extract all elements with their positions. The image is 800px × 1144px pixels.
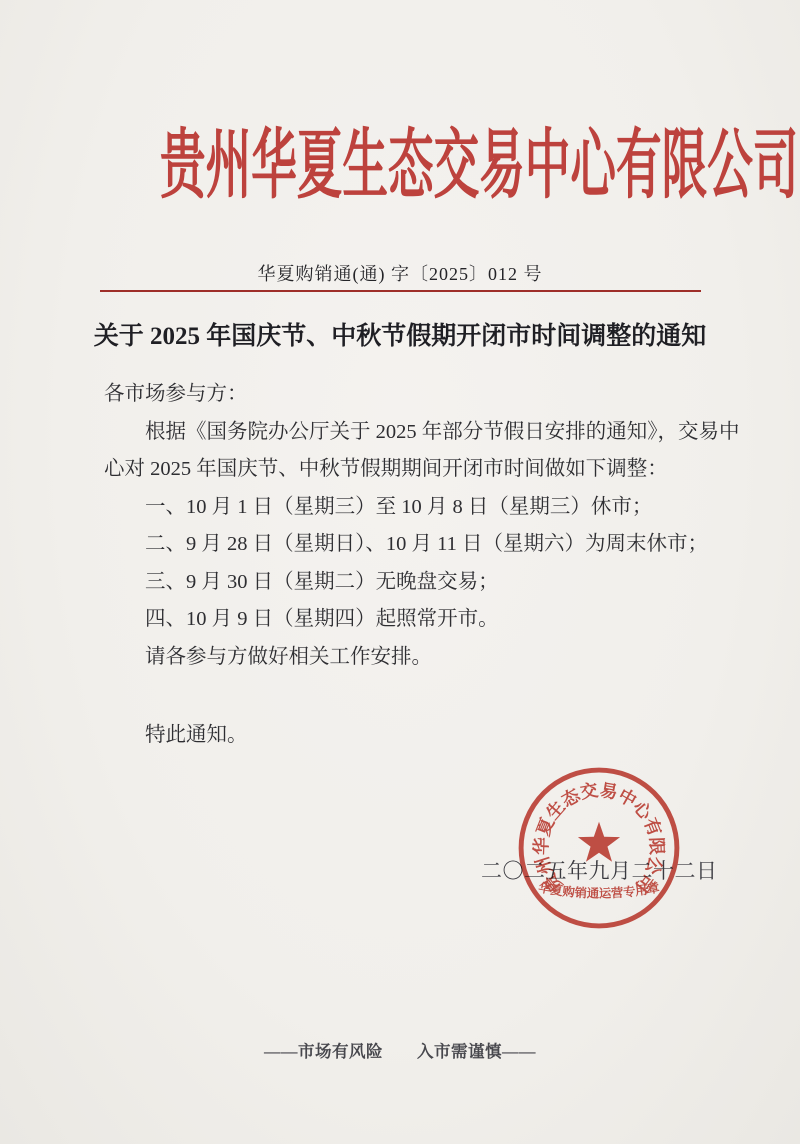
salutation: 各市场参与方： [104, 376, 724, 414]
body-line: 根据《国务院办公厅关于 2025 年部分节假日安排的通知》，交易中 [104, 414, 724, 452]
notice-title: 关于 2025 年国庆节、中秋节假期开闭市时间调整的通知 [0, 316, 800, 352]
body-line: 三、9 月 30 日（星期二）无晚盘交易； [104, 564, 724, 602]
document-number: 华夏购销通(通) 字〔2025〕012 号 [0, 260, 800, 286]
company-title: 贵州华夏生态交易中心有限公司 [160, 127, 640, 207]
red-star-icon [578, 822, 620, 862]
closing-note: 特此通知。 [104, 717, 724, 755]
body-line: 四、10 月 9 日（星期四）起照常开市。 [104, 601, 724, 639]
notice-body: 各市场参与方： 根据《国务院办公厅关于 2025 年部分节假日安排的通知》，交易… [104, 376, 724, 755]
body-line: 请各参与方做好相关工作安排。 [104, 639, 724, 677]
notice-document: 贵州华夏生态交易中心有限公司 华夏购销通(通) 字〔2025〕012 号 关于 … [0, 0, 800, 1144]
body-line: 一、10 月 1 日（星期三）至 10 月 8 日（星期三）休市； [104, 489, 724, 527]
body-line: 心对 2025 年国庆节、中秋节假期期间开闭市时间做如下调整： [104, 451, 724, 489]
body-line: 二、9 月 28 日（星期日）、10 月 11 日（星期六）为周末休市； [104, 526, 724, 564]
red-divider [100, 290, 701, 292]
official-stamp: 贵州华夏生态交易中心有限公司 华夏购销通运营专用章 [517, 766, 681, 930]
footer-disclaimer: ——市场有风险 入市需谨慎—— [0, 1038, 800, 1062]
